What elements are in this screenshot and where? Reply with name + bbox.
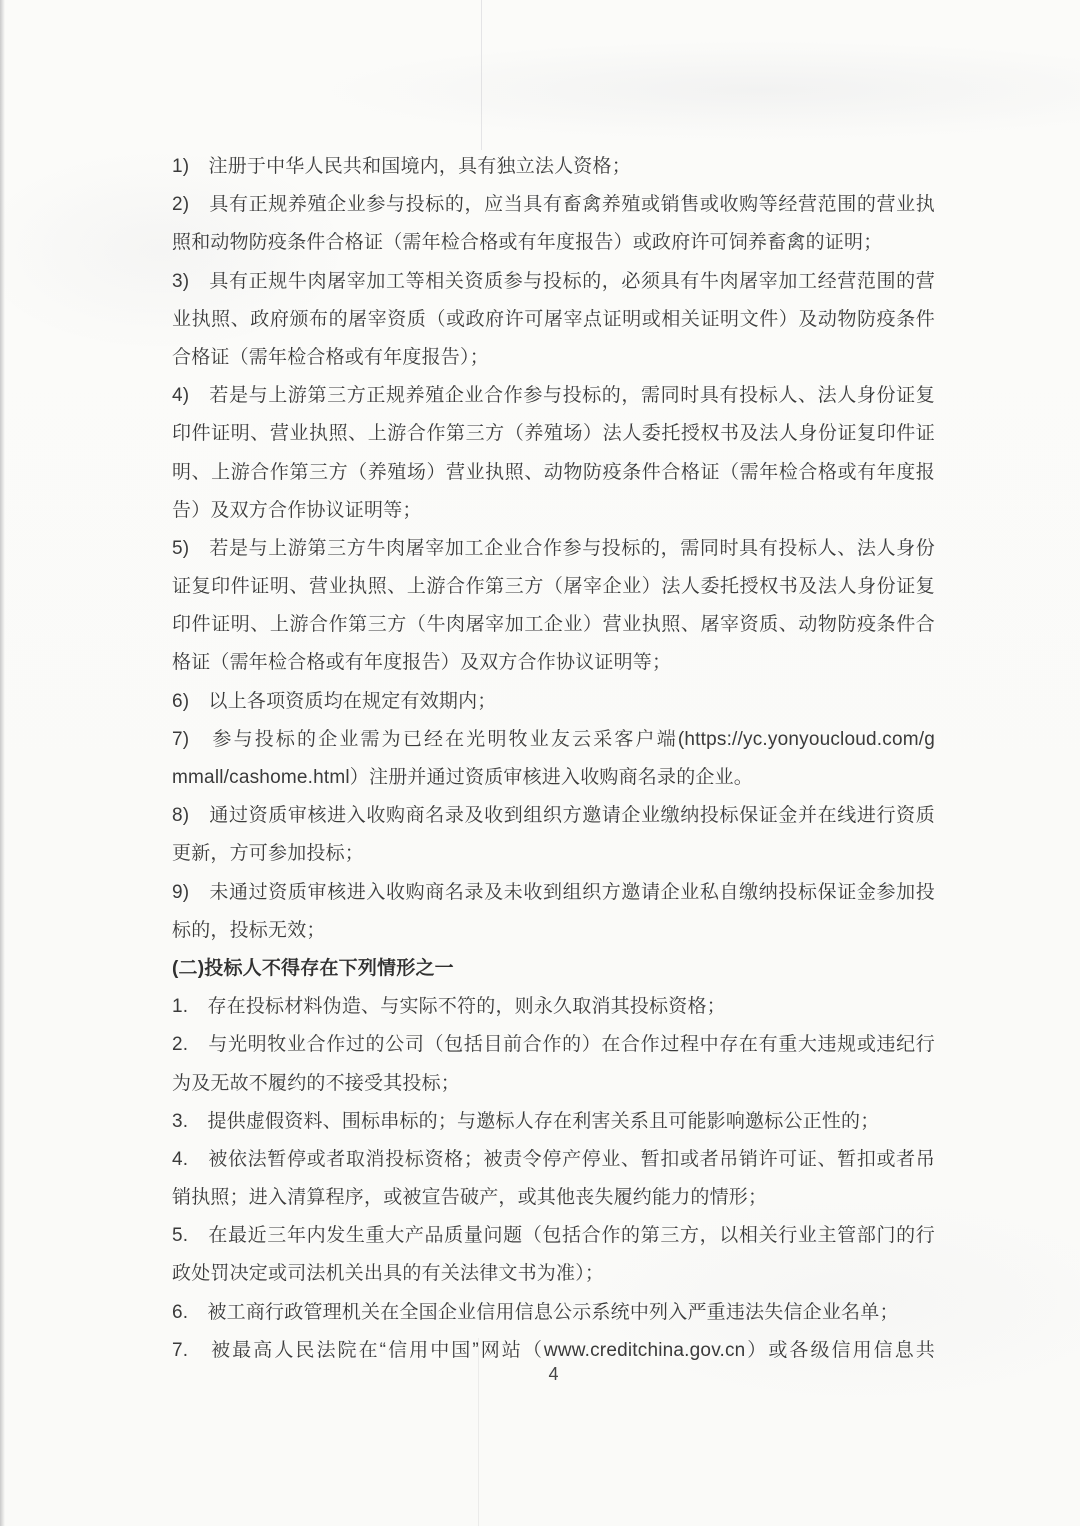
list-item-line: 3. 提供虚假资料、围标串标的；与邀标人存在利害关系且可能影响邀标公正性的； bbox=[172, 1103, 935, 1141]
list-item-line: 8) 通过资质审核进入收购商名录及收到组织方邀请企业缴纳投标保证金并在线进行资质 bbox=[172, 797, 935, 835]
list-item-line: 告）及双方合作协议证明等； bbox=[172, 492, 935, 530]
list-item-line: 1) 注册于中华人民共和国境内，具有独立法人资格； bbox=[172, 148, 935, 186]
list-item-line: 3) 具有正规牛肉屠宰加工等相关资质参与投标的，必须具有牛肉屠宰加工经营范围的营 bbox=[172, 263, 935, 301]
list-item-line: 9) 未通过资质审核进入收购商名录及未收到组织方邀请企业私自缴纳投标保证金参加投 bbox=[172, 874, 935, 912]
list-item-line: 明、上游合作第三方（养殖场）营业执照、动物防疫条件合格证（需年检合格或有年度报 bbox=[172, 454, 935, 492]
list-item-line: 标的，投标无效； bbox=[172, 912, 935, 950]
scan-edge-shadow bbox=[0, 0, 5, 1526]
list-item-line: 4. 被依法暂停或者取消投标资格；被责令停产停业、暂扣或者吊销许可证、暂扣或者吊 bbox=[172, 1141, 935, 1179]
document-page: 1) 注册于中华人民共和国境内，具有独立法人资格； 2) 具有正规养殖企业参与投… bbox=[0, 0, 1080, 1526]
list-item-line: 格证（需年检合格或有年度报告）及双方合作协议证明等； bbox=[172, 644, 935, 682]
list-item-line: 印件证明、上游合作第三方（牛肉屠宰加工企业）营业执照、屠宰资质、动物防疫条件合 bbox=[172, 606, 935, 644]
list-item-line: 照和动物防疫条件合格证（需年检合格或有年度报告）或政府许可饲养畜禽的证明； bbox=[172, 224, 935, 262]
list-item-line: 销执照；进入清算程序，或被宣告破产，或其他丧失履约能力的情形； bbox=[172, 1179, 935, 1217]
list-item-line: 6. 被工商行政管理机关在全国企业信用信息公示系统中列入严重违法失信企业名单； bbox=[172, 1294, 935, 1332]
list-item-line: 6) 以上各项资质均在规定有效期内； bbox=[172, 683, 935, 721]
list-item-line: 为及无故不履约的不接受其投标； bbox=[172, 1065, 935, 1103]
list-item-line: 5) 若是与上游第三方牛肉屠宰加工企业合作参与投标的，需同时具有投标人、法人身份 bbox=[172, 530, 935, 568]
list-item-line: 合格证（需年检合格或有年度报告）； bbox=[172, 339, 935, 377]
list-item-line: 1. 存在投标材料伪造、与实际不符的，则永久取消其投标资格； bbox=[172, 988, 935, 1026]
page-number: 4 bbox=[172, 1364, 935, 1385]
list-item-line: 政处罚决定或司法机关出具的有关法律文书为准）； bbox=[172, 1255, 935, 1293]
document-body: 1) 注册于中华人民共和国境内，具有独立法人资格； 2) 具有正规养殖企业参与投… bbox=[172, 148, 935, 1370]
list-item-line: 业执照、政府颁布的屠宰资质（或政府许可屠宰点证明或相关证明文件）及动物防疫条件 bbox=[172, 301, 935, 339]
section-heading: (二)投标人不得存在下列情形之一 bbox=[172, 950, 935, 988]
list-item-line: 更新，方可参加投标； bbox=[172, 835, 935, 873]
list-item-line: 2) 具有正规养殖企业参与投标的，应当具有畜禽养殖或销售或收购等经营范围的营业执 bbox=[172, 186, 935, 224]
scan-fold-line-top bbox=[481, 0, 482, 150]
list-item-line: mmall/cashome.html）注册并通过资质审核进入收购商名录的企业。 bbox=[172, 759, 935, 797]
list-item-line: 4) 若是与上游第三方正规养殖企业合作参与投标的，需同时具有投标人、法人身份证复 bbox=[172, 377, 935, 415]
list-item-line: 5. 在最近三年内发生重大产品质量问题（包括合作的第三方，以相关行业主管部门的行 bbox=[172, 1217, 935, 1255]
list-item-line: 证复印件证明、营业执照、上游合作第三方（屠宰企业）法人委托授权书及法人身份证复 bbox=[172, 568, 935, 606]
list-item-line: 印件证明、营业执照、上游合作第三方（养殖场）法人委托授权书及法人身份证复印件证 bbox=[172, 415, 935, 453]
list-item-line: 2. 与光明牧业合作过的公司（包括目前合作的）在合作过程中存在有重大违规或违纪行 bbox=[172, 1026, 935, 1064]
list-item-line: 7) 参与投标的企业需为已经在光明牧业友云采客户端(https://yc.yon… bbox=[172, 721, 935, 759]
